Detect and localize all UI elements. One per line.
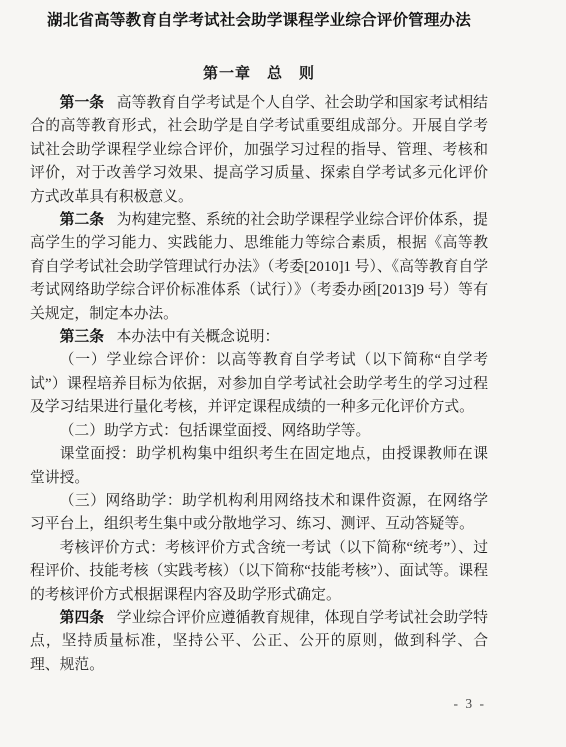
page-number: - 3 - [454,696,487,712]
document-content: 湖北省高等教育自学考试社会助学课程学业综合评价管理办法 第一章 总 则 第一条高… [30,9,488,677]
paragraph: 第一条高等教育自学考试是个人自学、社会助学和国家考试相结合的高等教育形式，社会助… [30,92,488,209]
paragraph-text: 课堂面授：助学机构集中组织考生在固定地点，由授课教师在课堂讲授。 [30,446,488,485]
paragraph: （三）网络助学：助学机构利用网络技术和课件资源，在网络学习平台上，组织考生集中或… [30,490,488,537]
paragraph-text: （一）学业综合评价：以高等教育自学考试（以下简称“自学考试”）课程培养目标为依据… [30,352,488,415]
paragraph: （二）助学方式：包括课堂面授、网络助学等。 [30,420,488,443]
paragraph-text: 高等教育自学考试是个人自学、社会助学和国家考试相结合的高等教育形式，社会助学是自… [30,95,488,205]
paragraph-text: （二）助学方式：包括课堂面授、网络助学等。 [60,423,371,439]
paragraph: （一）学业综合评价：以高等教育自学考试（以下简称“自学考试”）课程培养目标为依据… [30,349,488,419]
article-number: 第二条 [60,212,117,228]
document-page: 湖北省高等教育自学考试社会助学课程学业综合评价管理办法 第一章 总 则 第一条高… [0,0,566,747]
paragraph: 第四条学业综合评价应遵循教育规律，体现自学考试社会助学特点，坚持质量标准，坚持公… [30,607,488,677]
article-number: 第一条 [60,95,117,111]
paragraph: 课堂面授：助学机构集中组织考生在固定地点，由授课教师在课堂讲授。 [30,443,488,490]
article-number: 第三条 [60,329,117,345]
paragraph: 第三条本办法中有关概念说明： [30,326,488,349]
paragraph-text: 本办法中有关概念说明： [117,329,280,345]
paragraph-text: （三）网络助学：助学机构利用网络技术和课件资源，在网络学习平台上，组织考生集中或… [30,493,488,532]
paragraph-text: 考核评价方式：考核评价方式含统一考试（以下简称“统考”）、过程评价、技能考核（实… [30,540,488,603]
document-body: 第一条高等教育自学考试是个人自学、社会助学和国家考试相结合的高等教育形式，社会助… [30,92,488,677]
chapter-heading: 第一章 总 则 [30,62,488,83]
paragraph: 第二条为构建完整、系统的社会助学课程学业综合评价体系，提高学生的学习能力、实践能… [30,209,488,326]
article-number: 第四条 [60,610,117,626]
paragraph: 考核评价方式：考核评价方式含统一考试（以下简称“统考”）、过程评价、技能考核（实… [30,537,488,607]
document-title: 湖北省高等教育自学考试社会助学课程学业综合评价管理办法 [30,9,488,33]
paragraph-text: 为构建完整、系统的社会助学课程学业综合评价体系，提高学生的学习能力、实践能力、思… [30,212,488,322]
